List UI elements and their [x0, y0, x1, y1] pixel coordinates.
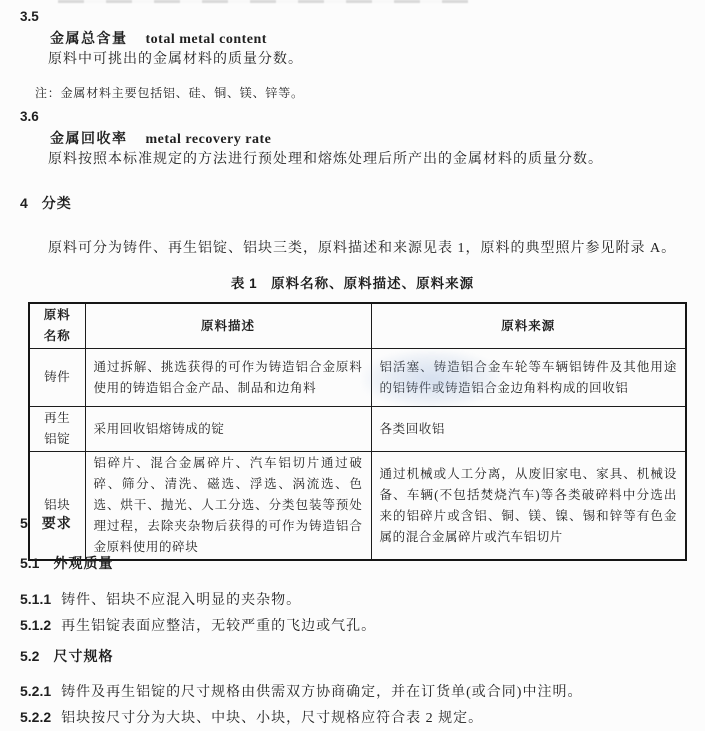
material-desc-cell: 铝碎片、混合金属碎片、汽车铝切片通过破碎、筛分、清洗、磁选、浮选、涡流选、色选、… [85, 452, 371, 561]
term-en: metal recovery rate [146, 132, 272, 147]
clause-text: 铝块按尺寸分为大块、中块、小块，尺寸规格应符合表 2 规定。 [61, 711, 483, 726]
clause-number: 5.1.1 [20, 591, 51, 607]
material-source-cell: 铝活塞、铸造铝合金车轮等车辆铝铸件及其他用途的铝铸件或铸造铝合金边角料构成的回收… [371, 349, 686, 407]
column-header-source: 原料来源 [371, 303, 686, 349]
paragraph-4: 原料可分为铸件、再生铝锭、铝块三类，原料描述和来源见表 1，原料的典型照片参见附… [48, 239, 676, 259]
chapter-title: 分类 [42, 195, 72, 211]
chapter-title: 要求 [42, 515, 72, 531]
table-1-caption: 表 1原料名称、原料描述、原料来源 [0, 274, 705, 294]
section-title: 尺寸规格 [53, 648, 113, 664]
material-source-cell: 通过机械或人工分离，从废旧家电、家具、机械设备、车辆(不包括焚烧汽车)等各类破碎… [371, 452, 686, 561]
term-zh: 金属总含量 [50, 30, 128, 46]
clause-number: 5.1.2 [20, 617, 51, 633]
material-desc-cell: 通过拆解、挑选获得的可作为铸造铝合金原料使用的铸造铝合金产品、制品和边角料 [85, 349, 371, 407]
clause-text: 铸件及再生铝锭的尺寸规格由供需双方协商确定，并在订货单(或合同)中注明。 [61, 685, 582, 700]
materials-table: 原料名称 原料描述 原料来源 铸件 通过拆解、挑选获得的可作为铸造铝合金原料使用… [28, 302, 687, 561]
column-header-desc: 原料描述 [85, 303, 371, 349]
clause-text: 铸件、铝块不应混入明显的夹杂物。 [61, 593, 301, 608]
term-3-6: 金属回收率metal recovery rate [50, 128, 271, 150]
chapter-number: 5 [20, 515, 28, 531]
table-caption-text: 原料名称、原料描述、原料来源 [271, 276, 474, 291]
clause-5-1-1: 5.1.1铸件、铝块不应混入明显的夹杂物。 [20, 589, 301, 611]
table-row: 再生铝锭 采用回收铝熔铸成的锭 各类回收铝 [29, 407, 686, 452]
chapter-number: 4 [20, 195, 28, 211]
clause-5-1-2: 5.1.2再生铝锭表面应整洁，无较严重的飞边或气孔。 [20, 615, 376, 637]
clause-5-2-2: 5.2.2铝块按尺寸分为大块、中块、小块，尺寸规格应符合表 2 规定。 [20, 707, 483, 729]
table-header-row: 原料名称 原料描述 原料来源 [29, 303, 686, 349]
scan-artifact [58, 0, 468, 3]
definition-3-6: 原料按照本标准规定的方法进行预处理和熔炼处理后所产出的金属材料的质量分数。 [48, 150, 603, 170]
term-en: total metal content [146, 32, 267, 47]
material-desc-cell: 采用回收铝熔铸成的锭 [85, 407, 371, 452]
note-3-5: 注：金属材料主要包括铝、硅、铜、镁、锌等。 [35, 85, 304, 101]
table-row: 铝块 铝碎片、混合金属碎片、汽车铝切片通过破碎、筛分、清洗、磁选、浮选、涡流选、… [29, 452, 686, 561]
section-3-5-number: 3.5 [20, 7, 39, 27]
term-zh: 金属回收率 [50, 130, 128, 146]
clause-5-2-1: 5.2.1铸件及再生铝锭的尺寸规格由供需双方协商确定，并在订货单(或合同)中注明… [20, 681, 582, 703]
chapter-4-heading: 4分类 [20, 193, 72, 213]
standard-document-page: 3.5 金属总含量total metal content 原料中可挑出的金属材料… [0, 0, 705, 731]
material-source-cell: 各类回收铝 [371, 407, 686, 452]
definition-3-5: 原料中可挑出的金属材料的质量分数。 [48, 50, 303, 70]
table-row: 铸件 通过拆解、挑选获得的可作为铸造铝合金原料使用的铸造铝合金产品、制品和边角料… [29, 349, 686, 407]
clause-text: 再生铝锭表面应整洁，无较严重的飞边或气孔。 [61, 619, 376, 634]
column-header-name: 原料名称 [29, 303, 85, 349]
clause-number: 5.2.2 [20, 709, 51, 725]
table-caption-label: 表 1 [231, 276, 257, 291]
section-5-2-heading: 5.2尺寸规格 [20, 646, 113, 666]
section-title: 外观质量 [53, 555, 113, 571]
term-3-5: 金属总含量total metal content [50, 28, 267, 50]
chapter-5-heading: 5要求 [20, 513, 72, 533]
material-name-cell: 铝块 [29, 452, 85, 561]
material-name-cell: 再生铝锭 [29, 407, 85, 452]
section-number: 5.1 [20, 555, 39, 571]
section-3-6-number: 3.6 [20, 107, 39, 127]
section-5-1-heading: 5.1外观质量 [20, 553, 113, 573]
material-name-cell: 铸件 [29, 349, 85, 407]
section-number: 5.2 [20, 648, 39, 664]
clause-number: 5.2.1 [20, 683, 51, 699]
